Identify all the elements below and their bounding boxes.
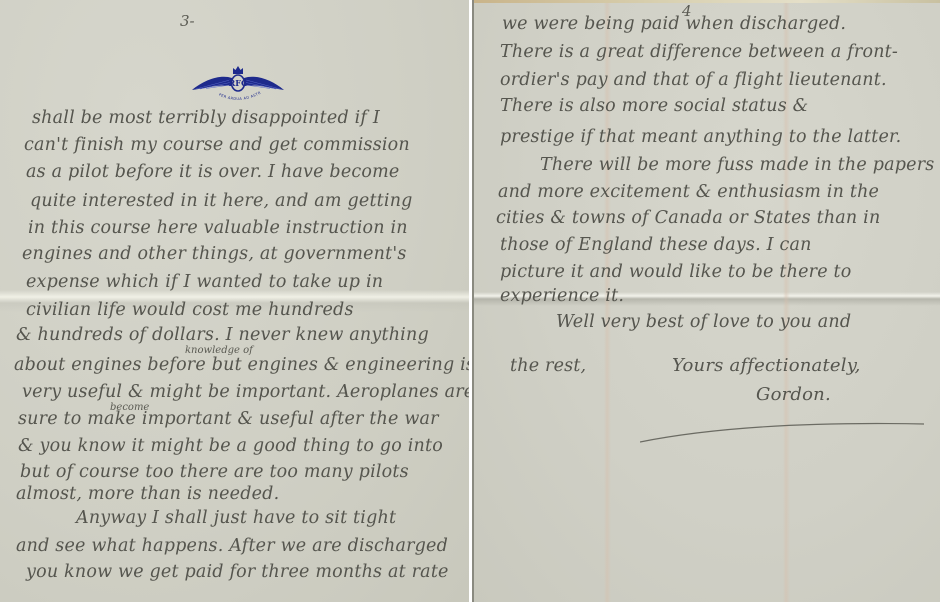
signature-flourish-line	[640, 420, 925, 444]
closing-text: the rest,	[510, 356, 586, 376]
letter-line: experience it.	[500, 286, 624, 306]
letter-line: prestige if that meant anything to the l…	[500, 127, 901, 147]
letter-page-4: 4 we were being paid when discharged. Th…	[472, 0, 940, 602]
letter-line: Well very best of love to you and	[556, 312, 851, 332]
letter-line: shall be most terribly disappointed if I	[32, 108, 380, 128]
letter-line: There will be more fuss made in the pape…	[540, 155, 934, 175]
rfc-winged-crest-icon: RFC PER ARDUA AD ASTRA	[190, 64, 286, 104]
letter-line: picture it and would like to be there to	[500, 262, 851, 282]
letter-line: & you know it might be a good thing to g…	[18, 436, 443, 456]
letter-line: cities & towns of Canada or States than …	[496, 208, 880, 228]
letter-line: in this course here valuable instruction…	[28, 218, 408, 238]
letter-page-3: 3- RFC PER ARDUA AD ASTRA shall be most …	[0, 0, 469, 602]
letter-line: civilian life would cost me hundreds	[26, 300, 354, 320]
letter-line: and see what happens. After we are disch…	[16, 536, 448, 556]
letter-line: about engines before but engines & engin…	[14, 355, 469, 375]
letter-line: can't finish my course and get commissio…	[24, 135, 410, 155]
letter-line: we were being paid when discharged.	[502, 14, 846, 34]
letter-line: Anyway I shall just have to sit tight	[76, 508, 396, 528]
letter-line: There is a great difference between a fr…	[500, 42, 898, 62]
letter-line: quite interested in it here, and am gett…	[30, 191, 413, 211]
letter-line: those of England these days. I can	[500, 235, 812, 255]
letter-line: ordier's pay and that of a flight lieute…	[500, 70, 887, 90]
svg-text:RFC: RFC	[229, 78, 248, 88]
signature: Gordon.	[756, 384, 831, 405]
letter-line: expense which if I wanted to take up in	[26, 272, 383, 292]
letter-line: but of course too there are too many pil…	[20, 462, 409, 482]
letter-line: almost, more than is needed.	[16, 484, 279, 504]
letter-line: and more excitement & enthusiasm in the	[498, 182, 879, 202]
letter-line: sure to make important & useful after th…	[18, 409, 439, 429]
letter-line: There is also more social status &	[500, 96, 808, 116]
letter-line: as a pilot before it is over. I have bec…	[26, 162, 399, 182]
letter-line: you know we get paid for three months at…	[26, 562, 449, 582]
closing-salutation: Yours affectionately,	[672, 355, 861, 376]
letter-line: engines and other things, at government'…	[22, 244, 407, 264]
letter-line: very useful & might be important. Aeropl…	[22, 382, 469, 402]
page-number: 3-	[180, 12, 195, 30]
letter-line: & hundreds of dollars. I never knew anyt…	[16, 325, 429, 345]
